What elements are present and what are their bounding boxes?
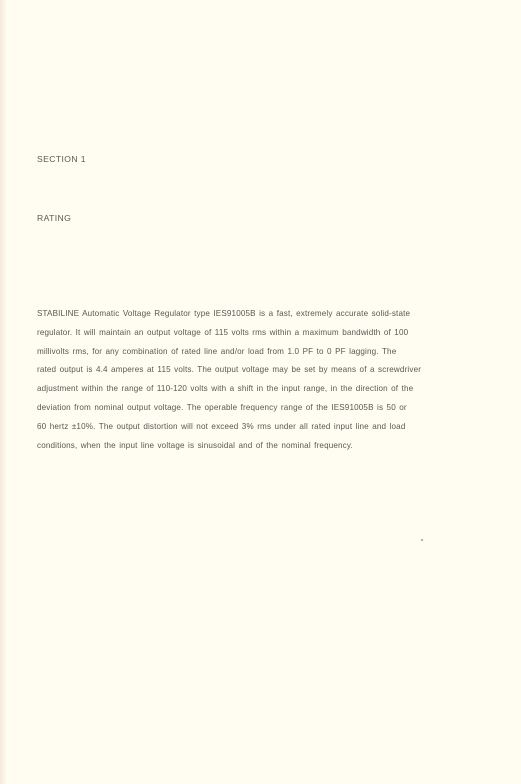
section-heading: SECTION 1 bbox=[37, 154, 86, 164]
paragraph-line: STABILINE Automatic Voltage Regulator ty… bbox=[37, 305, 497, 324]
paper-speck bbox=[421, 539, 423, 541]
paragraph-line: deviation from nominal output voltage. T… bbox=[37, 399, 497, 418]
paragraph-line: millivolts rms, for any combination of r… bbox=[37, 343, 497, 362]
rating-paragraph: STABILINE Automatic Voltage Regulator ty… bbox=[37, 305, 497, 455]
paragraph-line: 60 hertz ±10%. The output distortion wil… bbox=[37, 418, 497, 437]
paragraph-line: regulator. It will maintain an output vo… bbox=[37, 324, 497, 343]
paragraph-line: rated output is 4.4 amperes at 115 volts… bbox=[37, 361, 497, 380]
page-edge bbox=[0, 0, 6, 784]
subsection-heading: RATING bbox=[37, 213, 71, 223]
paragraph-line: conditions, when the input line voltage … bbox=[37, 437, 497, 456]
paragraph-line: adjustment within the range of 110-120 v… bbox=[37, 380, 497, 399]
